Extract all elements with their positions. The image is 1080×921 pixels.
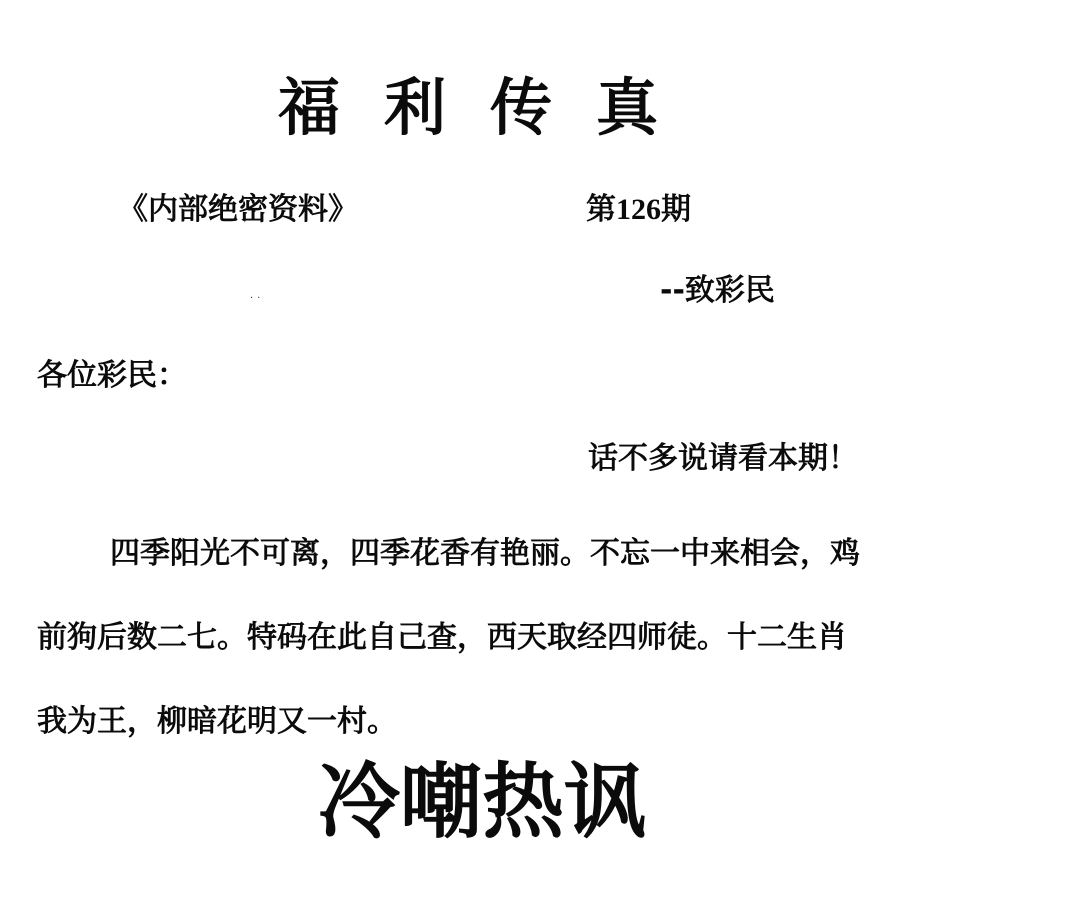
issue-number: 第126期 — [586, 190, 691, 230]
greeting: 各位彩民： — [37, 356, 187, 396]
document-title: 福利传真 — [278, 70, 702, 146]
stray-dots: .. — [250, 290, 264, 301]
confidential-label: 《内部绝密资料》 — [118, 190, 358, 230]
poem-paragraph: 四季阳光不可离，四季花香有艳丽。不忘一中来相会，鸡 前狗后数二七。特码在此自己查… — [37, 512, 1047, 764]
poem-line: 四季阳光不可离，四季花香有艳丽。不忘一中来相会，鸡 — [37, 512, 1047, 596]
poem-line: 前狗后数二七。特码在此自己查，西天取经四师徒。十二生肖 — [37, 596, 1047, 680]
intro-text: 话不多说请看本期！ — [588, 439, 858, 479]
footer-title: 冷嘲热讽 — [318, 752, 646, 852]
addressee-line: --致彩民 — [660, 271, 775, 311]
